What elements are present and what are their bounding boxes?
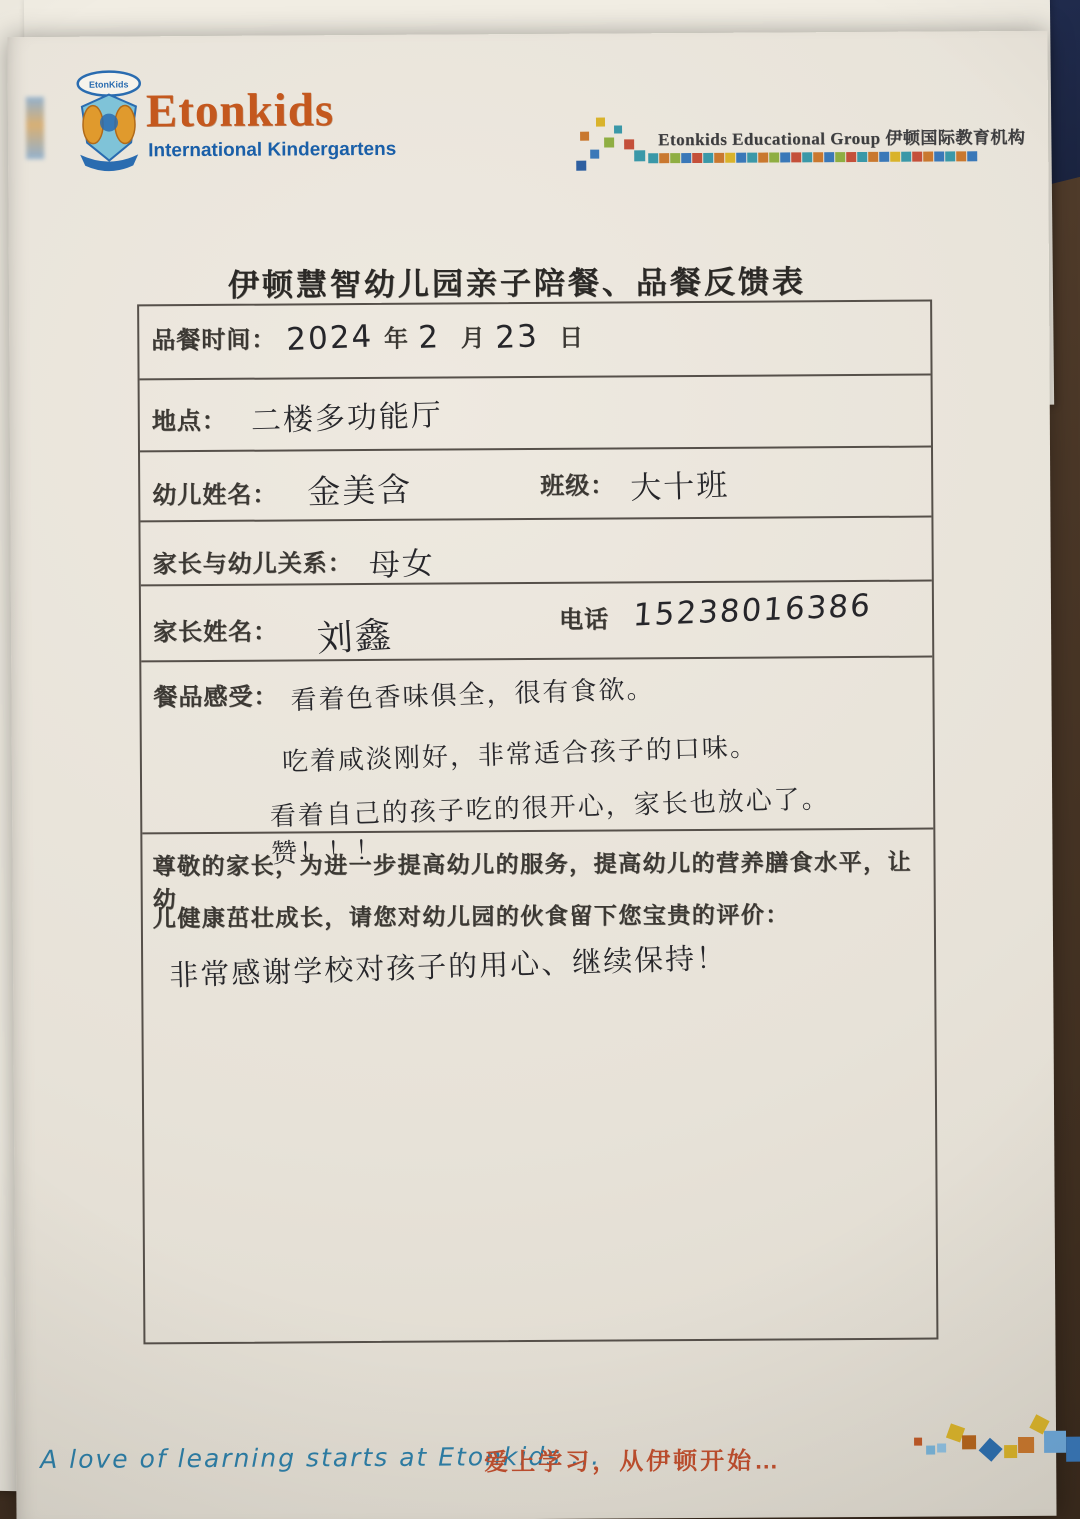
decorative-square bbox=[802, 152, 812, 162]
etonkids-crest-logo: EtonKids bbox=[70, 66, 149, 174]
decorative-square bbox=[670, 153, 680, 163]
decorative-square bbox=[692, 153, 702, 163]
meal-feedback-label: 餐品感受： bbox=[153, 684, 278, 712]
location-label: 地点： bbox=[152, 408, 227, 435]
decorative-square bbox=[879, 152, 889, 162]
phone-value: 15238016386 bbox=[632, 588, 873, 634]
decorative-square bbox=[956, 151, 966, 161]
decorative-square bbox=[912, 152, 922, 162]
decorative-square bbox=[576, 161, 586, 171]
decorative-square bbox=[624, 139, 634, 149]
relation-value: 母女 bbox=[368, 537, 436, 585]
brand-subtitle: International Kindergartens bbox=[148, 139, 396, 163]
decorative-squares-cluster bbox=[576, 117, 652, 177]
decorative-square bbox=[1018, 1437, 1034, 1453]
decorative-square bbox=[901, 152, 911, 162]
decorative-squares-cluster-bottom bbox=[904, 1417, 1080, 1480]
meal-feedback-line2: 吃着咸淡刚好，非常适合孩子的口味。 bbox=[281, 726, 758, 778]
decorative-square bbox=[1066, 1437, 1080, 1462]
decorative-square bbox=[1044, 1431, 1066, 1453]
feedback-form-table: 品餐时间： 2024 年 2 月 23 日 地点： 二楼多功能厅 幼儿姓名： 金… bbox=[137, 300, 938, 1345]
decorative-square bbox=[835, 152, 845, 162]
class-value: 大十班 bbox=[630, 460, 730, 508]
decorative-square bbox=[945, 151, 955, 161]
decorative-square bbox=[648, 153, 658, 163]
decorative-square bbox=[868, 152, 878, 162]
parent-evaluation-value: 非常感谢学校对孩子的用心、继续保持！ bbox=[169, 936, 728, 995]
relation-label: 家长与幼儿关系： bbox=[153, 550, 353, 578]
decorative-square bbox=[1004, 1445, 1017, 1458]
child-name-label: 幼儿姓名： bbox=[152, 482, 277, 510]
decorative-square bbox=[604, 137, 614, 147]
decorative-squares-row bbox=[648, 151, 1008, 163]
row-parent-evaluation: 尊敬的家长，为进一步提高幼儿的服务，提高幼儿的营养膳食水平，让幼 儿健康茁壮成长… bbox=[142, 830, 936, 1343]
decorative-square bbox=[659, 153, 669, 163]
day-unit: 日 bbox=[559, 325, 583, 352]
row-parent-name-phone: 家长姓名： 刘鑫 电话 15238016386 bbox=[141, 582, 932, 663]
meal-time-month-value: 2 bbox=[418, 319, 441, 356]
decorative-square bbox=[769, 152, 779, 162]
decorative-square bbox=[914, 1438, 922, 1446]
decorative-square bbox=[967, 151, 977, 161]
decorative-square bbox=[923, 152, 933, 162]
row-child-name-class: 幼儿姓名： 金美含 班级： 大十班 bbox=[140, 448, 931, 523]
form-title: 伊顿慧智幼儿园亲子陪餐、品餐反馈表 bbox=[9, 255, 1025, 306]
row-location: 地点： 二楼多功能厅 bbox=[140, 376, 931, 453]
decorative-square bbox=[824, 152, 834, 162]
decorative-square bbox=[714, 153, 724, 163]
year-unit: 年 bbox=[384, 326, 408, 353]
child-name-value: 金美含 bbox=[307, 463, 413, 513]
meal-feedback-line1: 看着色香味俱全，很有食欲。 bbox=[290, 668, 655, 717]
row-meal-time: 品餐时间： 2024 年 2 月 23 日 bbox=[139, 302, 930, 381]
decorative-square bbox=[846, 152, 856, 162]
decorative-square bbox=[614, 125, 622, 133]
row-relation: 家长与幼儿关系： 母女 bbox=[140, 518, 931, 587]
month-unit: 月 bbox=[461, 325, 485, 352]
photographed-document-scene: EtonKids Etonkids International Kinderga… bbox=[0, 0, 1080, 1519]
decorative-square bbox=[962, 1435, 976, 1449]
phone-label: 电话 bbox=[559, 600, 609, 635]
decorative-square bbox=[681, 153, 691, 163]
under-sheet-logo-sliver bbox=[26, 97, 44, 159]
feedback-form-paper: EtonKids Etonkids International Kinderga… bbox=[7, 31, 1056, 1519]
decorative-square bbox=[725, 153, 735, 163]
decorative-square bbox=[758, 153, 768, 163]
decorative-square bbox=[791, 152, 801, 162]
footer-slogan-chinese: 爱上学习，从伊顿开始… bbox=[484, 1440, 781, 1477]
decorative-square bbox=[580, 132, 589, 141]
meal-time-year-value: 2024 bbox=[286, 318, 374, 358]
decorative-square bbox=[857, 152, 867, 162]
decorative-square bbox=[596, 118, 605, 127]
location-value: 二楼多功能厅 bbox=[251, 390, 444, 440]
educational-group-label: Etonkids Educational Group 伊顿国际教育机构 bbox=[658, 123, 1038, 150]
decorative-square bbox=[634, 150, 645, 161]
notice-text-line2: 儿健康茁壮成长，请您对幼儿园的伙食留下您宝贵的评价： bbox=[153, 896, 928, 934]
decorative-square bbox=[780, 152, 790, 162]
parent-name-label: 家长姓名： bbox=[153, 619, 278, 647]
meal-time-day-value: 23 bbox=[495, 318, 540, 356]
decorative-square bbox=[937, 1443, 946, 1452]
decorative-square bbox=[590, 150, 599, 159]
class-label: 班级： bbox=[540, 465, 615, 500]
decorative-square bbox=[736, 153, 746, 163]
decorative-square bbox=[813, 152, 823, 162]
brand-name: Etonkids bbox=[146, 83, 335, 138]
decorative-square bbox=[890, 152, 900, 162]
crest-banner-text: EtonKids bbox=[89, 79, 129, 89]
decorative-square bbox=[926, 1446, 935, 1455]
decorative-square bbox=[703, 153, 713, 163]
row-meal-feedback: 餐品感受： 看着色香味俱全，很有食欲。 吃着咸淡刚好，非常适合孩子的口味。 看着… bbox=[141, 658, 933, 835]
decorative-square bbox=[747, 153, 757, 163]
decorative-square bbox=[934, 151, 944, 161]
parent-name-value: 刘鑫 bbox=[316, 607, 395, 662]
meal-time-label: 品餐时间： bbox=[151, 327, 276, 355]
decorative-square bbox=[979, 1438, 1003, 1462]
